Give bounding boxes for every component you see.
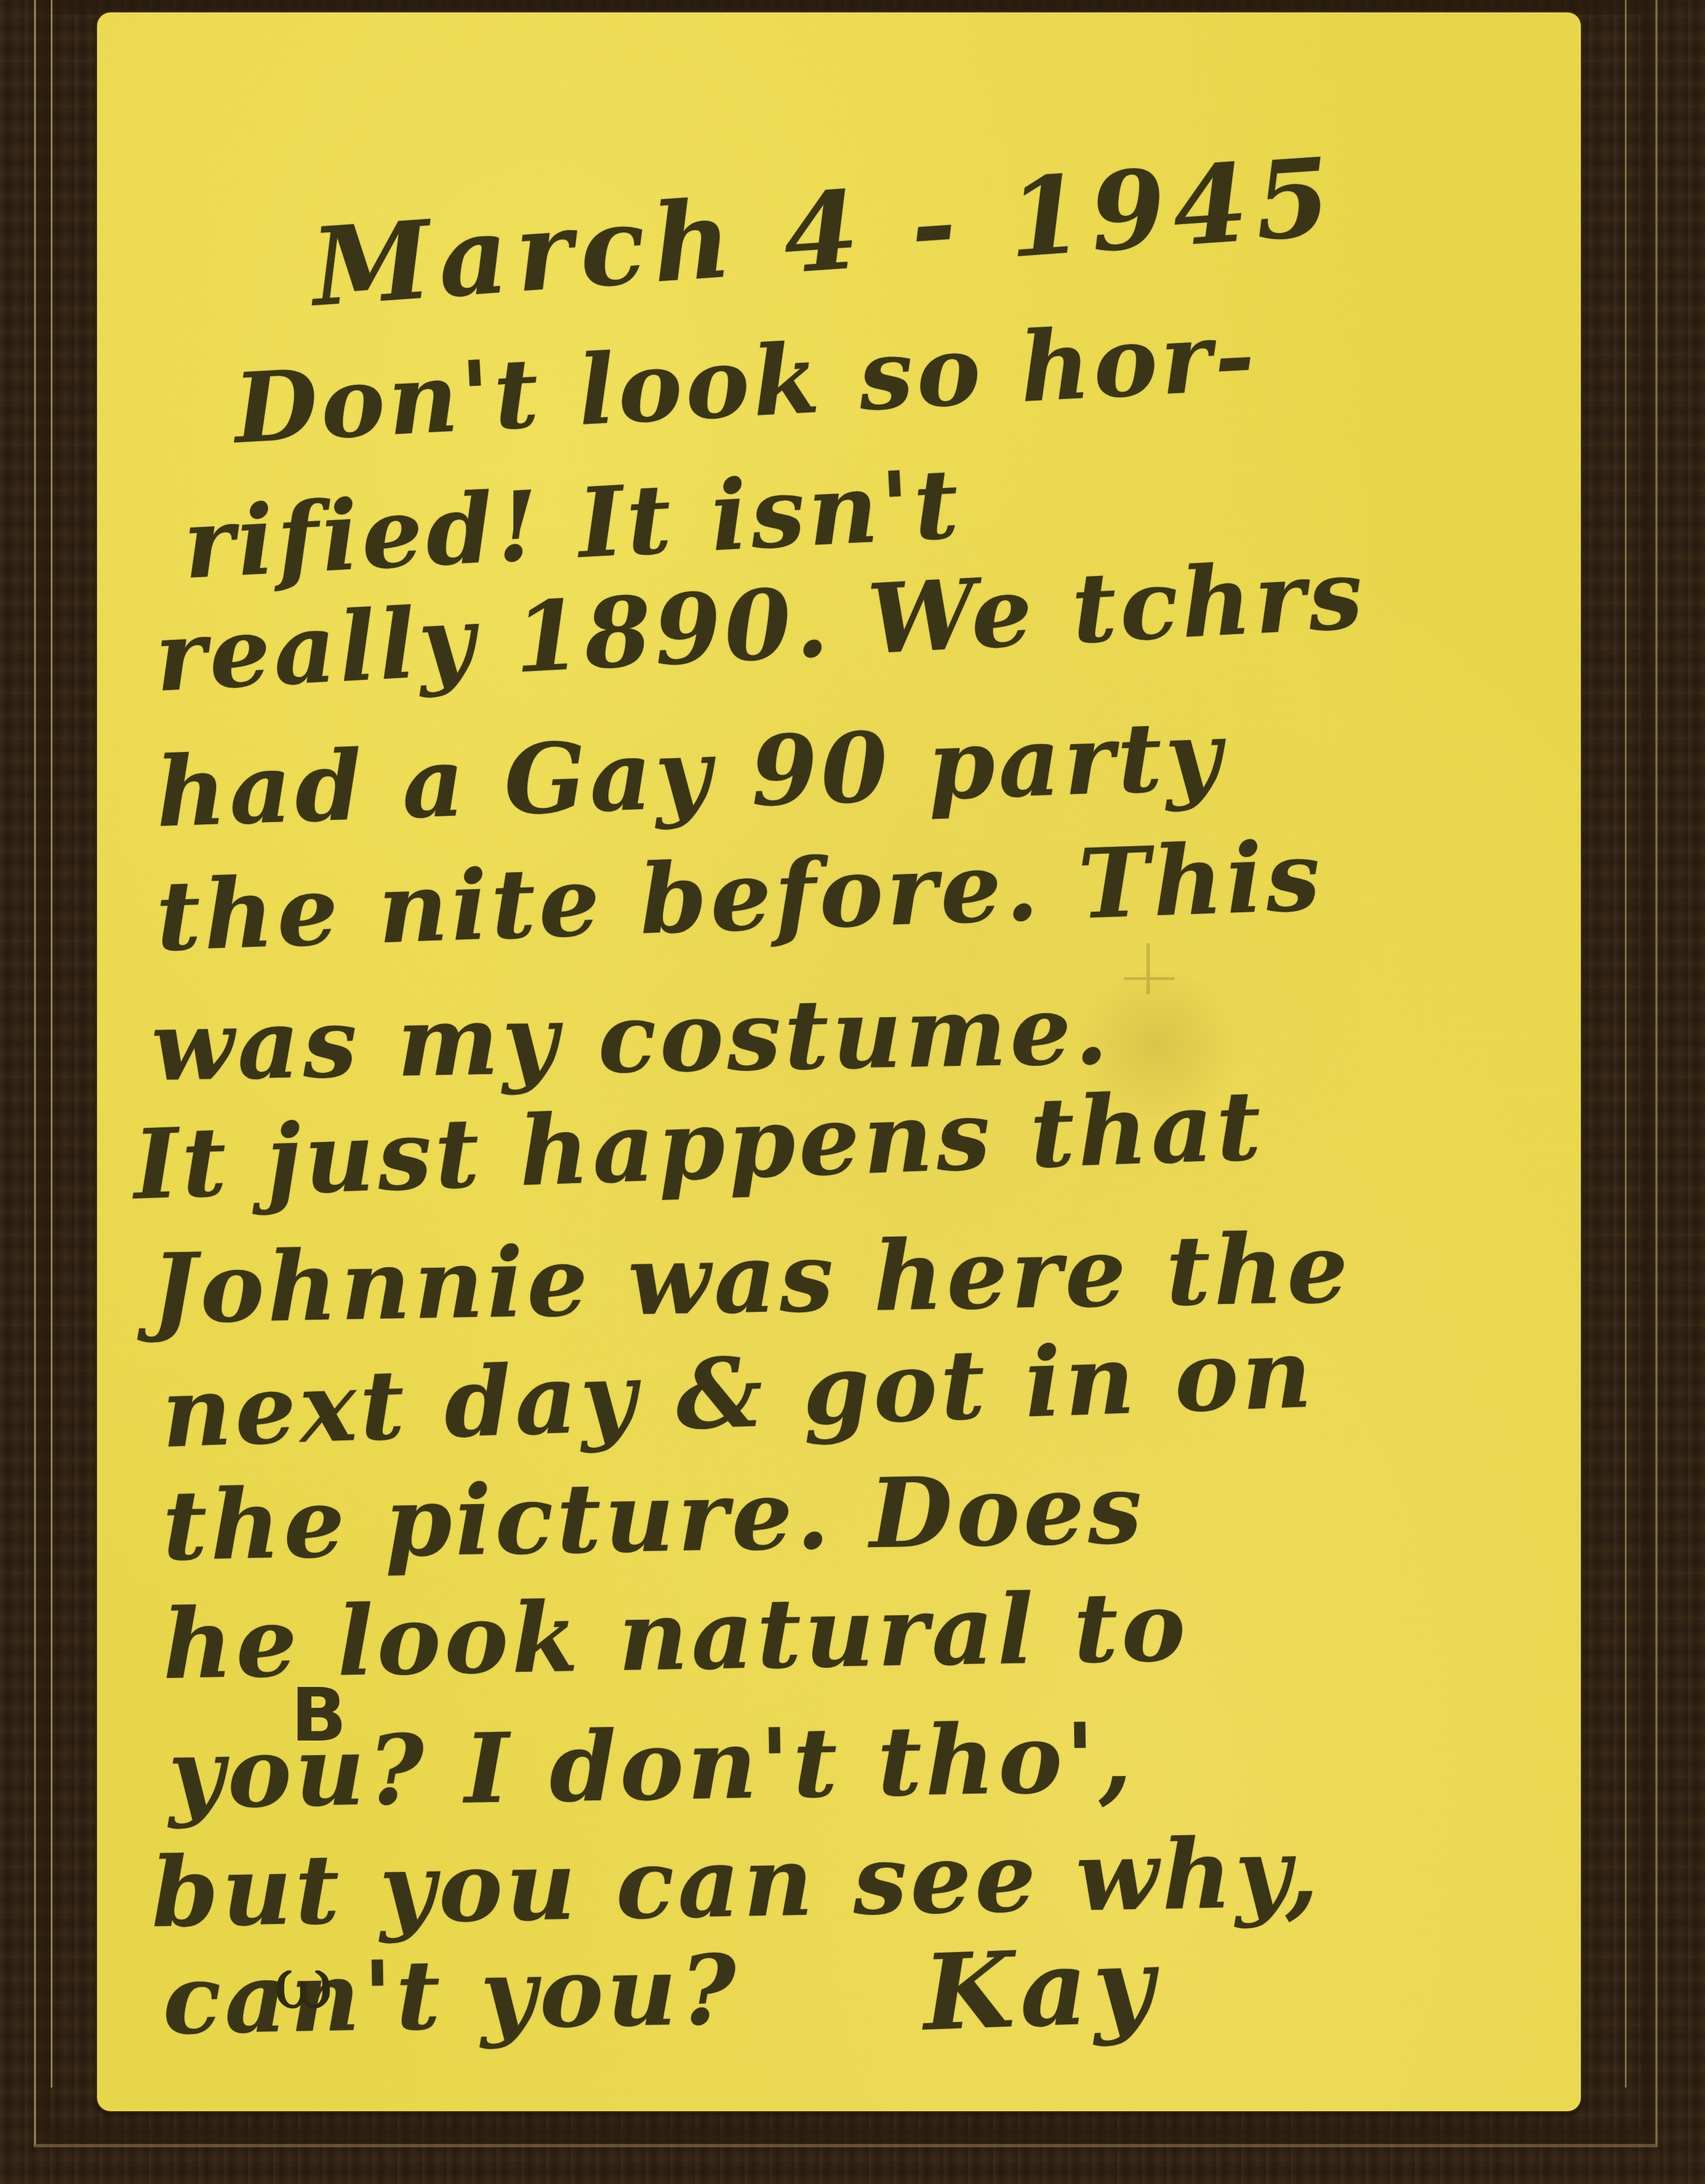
sleeve-edge-left (51, 0, 52, 2088)
note-line-8: Johnnie was here the (151, 1220, 1352, 1337)
ink-mark-omega: ω (274, 1946, 333, 2020)
note-line-14: can't you? (162, 1942, 740, 2048)
signature: Kay (922, 1933, 1161, 2045)
note-line-10: the picture. Does (162, 1461, 1146, 1574)
ink-mark-b: B (285, 1681, 353, 1749)
faint-pencil-mark (1124, 943, 1175, 994)
sleeve-edge-right (1625, 0, 1627, 2088)
note-line-6: was my costume. (151, 982, 1112, 1095)
